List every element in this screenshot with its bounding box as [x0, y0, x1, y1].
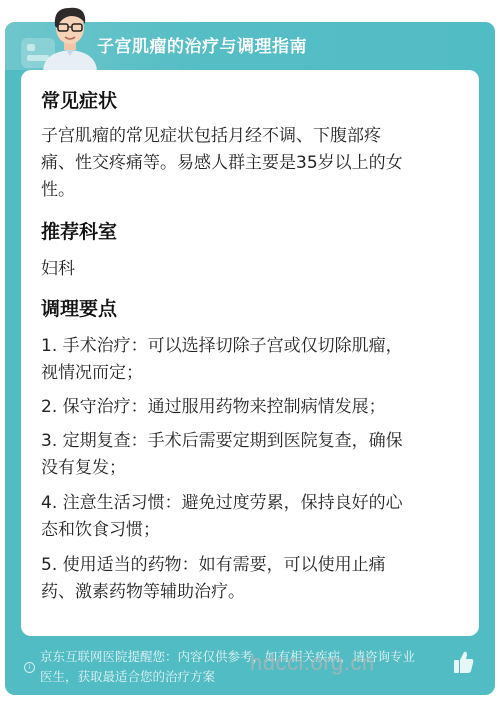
guide-card: 子宫肌瘤的治疗与调理指南 常见症状 子宫肌瘤的常见症状包括月经不调、下腹部疼 痛…: [5, 22, 495, 695]
content-panel: 常见症状 子宫肌瘤的常见症状包括月经不调、下腹部疼 痛、性交疼痛等。易感人群主要…: [21, 70, 479, 636]
section-title-care: 调理要点: [41, 294, 117, 321]
thumbs-up-icon[interactable]: [453, 650, 475, 674]
disclaimer-text: 京东互联网医院提醒您：内容仅供参考，如有相关疾病，请咨询专业 医生，获取最适合您…: [40, 647, 440, 687]
care-item-4: 4. 注意生活习惯：避免过度劳累，保持良好的心 态和饮食习惯；: [41, 490, 461, 544]
department-text: 妇科: [41, 256, 461, 283]
watermark: hdcci.org.cn: [250, 650, 375, 676]
info-circle-icon: i: [24, 662, 35, 673]
care-item-3: 3. 定期复查：手术后需要定期到医院复查，确保 没有复发；: [41, 428, 461, 482]
care-item-2: 2. 保守治疗：通过服用药物来控制病情发展；: [41, 394, 461, 421]
page-title: 子宫肌瘤的治疗与调理指南: [97, 32, 307, 57]
section-title-symptoms: 常见症状: [41, 86, 117, 113]
section-title-department: 推荐科室: [41, 217, 117, 244]
care-item-5: 5. 使用适当的药物：如有需要，可以使用止痛 药、激素药物等辅助治疗。: [41, 552, 461, 606]
symptoms-text: 子宫肌瘤的常见症状包括月经不调、下腹部疼 痛、性交疼痛等。易感人群主要是35岁以…: [41, 123, 461, 204]
care-item-1: 1. 手术治疗：可以选择切除子宫或仅切除肌瘤， 视情况而定；: [41, 333, 461, 387]
doctor-avatar: [35, 0, 105, 70]
